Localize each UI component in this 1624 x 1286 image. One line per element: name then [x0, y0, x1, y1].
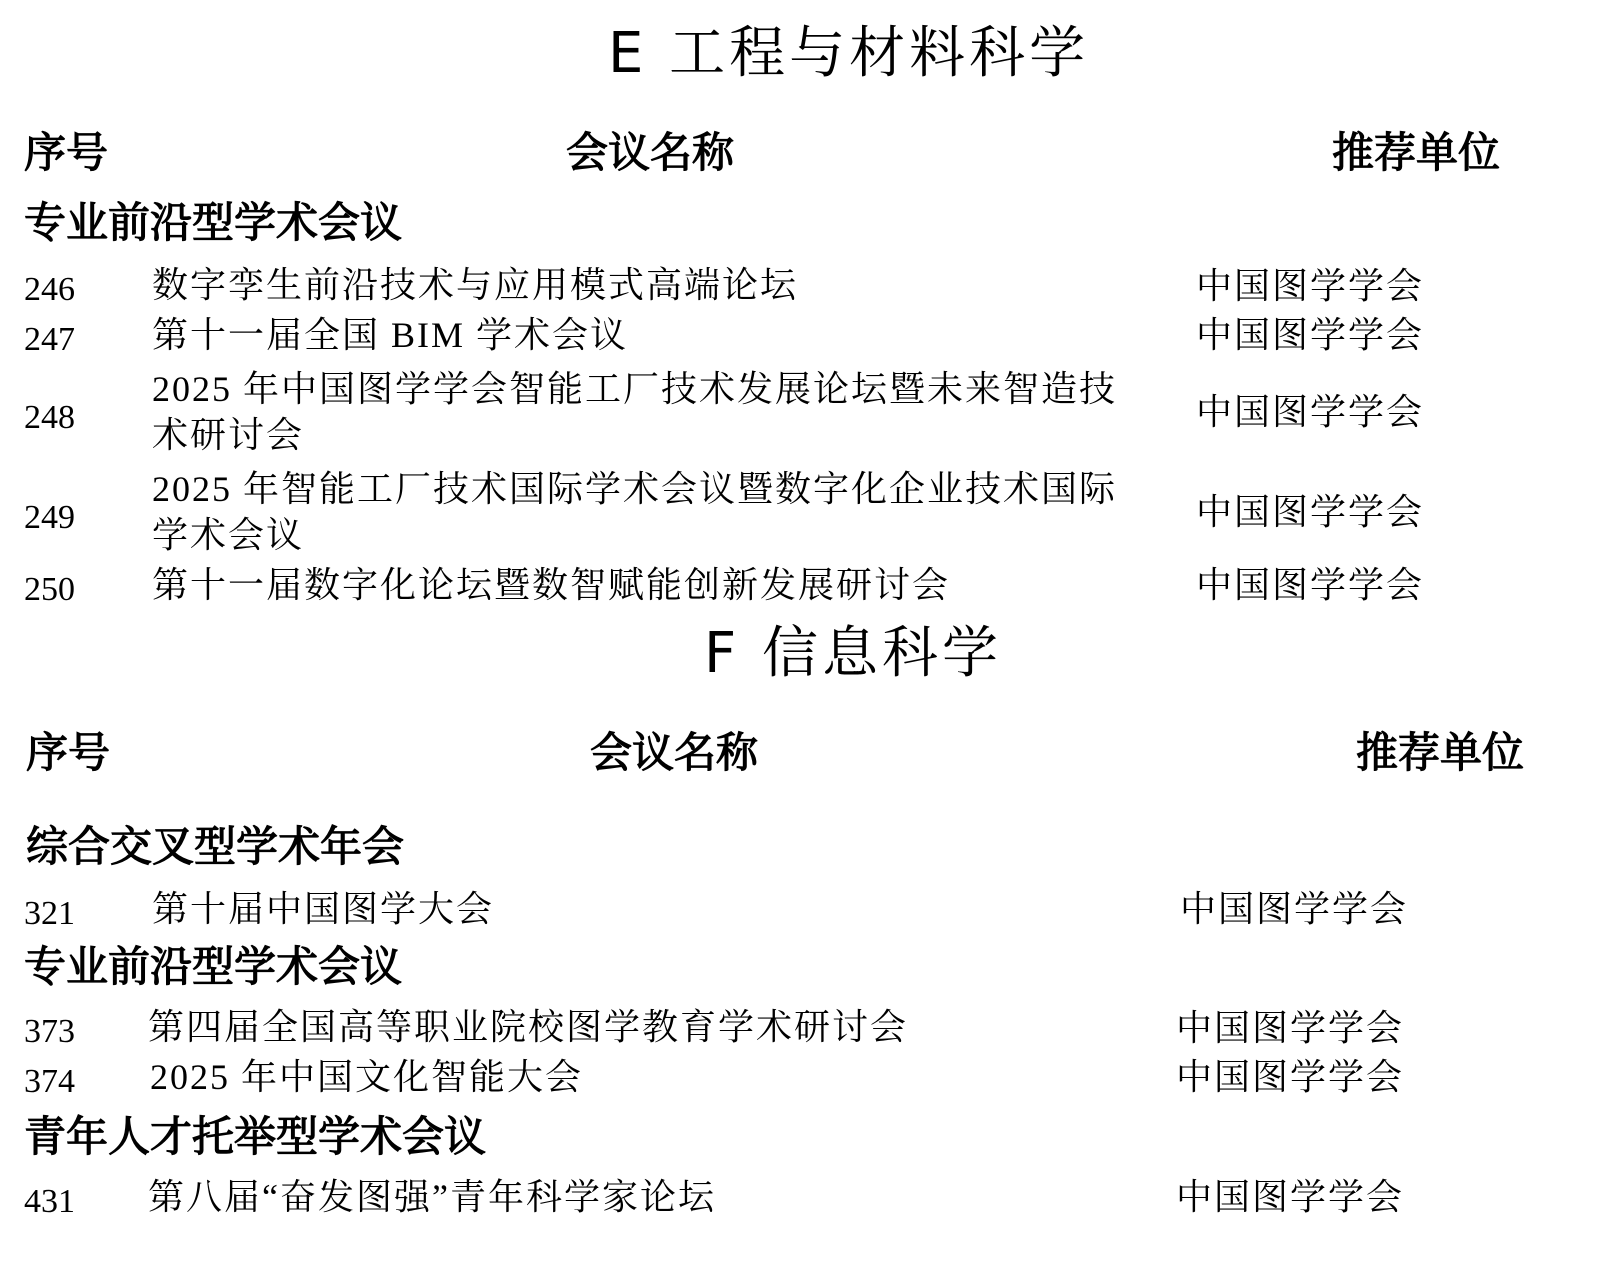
row-unit: 中国图学学会 [1176, 1006, 1404, 1050]
row-number: 373 [24, 1012, 75, 1052]
row-name: 第十一届全国 BIM 学术会议 [152, 312, 628, 358]
row-number: 250 [24, 570, 75, 610]
header-unit: 推荐单位 [1356, 728, 1524, 778]
row-unit: 中国图学学会 [1176, 1055, 1404, 1099]
row-unit: 中国图学学会 [1176, 1175, 1404, 1219]
row-name: 第四届全国高等职业院校图学教育学术研讨会 [148, 1004, 908, 1050]
row-number: 431 [24, 1182, 75, 1222]
row-name-line-1: 2025 年智能工厂技术国际学术会议暨数字化企业技术国际 [152, 466, 1117, 512]
row-name-line-2: 术研讨会 [152, 412, 304, 458]
row-unit: 中国图学学会 [1196, 490, 1424, 534]
row-unit: 中国图学学会 [1196, 264, 1424, 308]
category-heading: 青年人才托举型学术会议 [24, 1112, 486, 1162]
row-name: 2025 年中国文化智能大会 [150, 1054, 583, 1100]
row-unit: 中国图学学会 [1196, 390, 1424, 434]
category-heading: 综合交叉型学术年会 [26, 822, 404, 872]
category-heading: 专业前沿型学术会议 [24, 942, 402, 992]
row-number: 374 [24, 1062, 75, 1102]
row-number: 247 [24, 320, 75, 360]
header-number: 序号 [24, 128, 108, 178]
row-number: 248 [24, 398, 75, 438]
row-name: 第十一届数字化论坛暨数智赋能创新发展研讨会 [152, 562, 950, 608]
header-unit: 推荐单位 [1332, 128, 1500, 178]
row-name-line-1: 2025 年中国图学学会智能工厂技术发展论坛暨未来智造技 [152, 366, 1117, 412]
category-heading: 专业前沿型学术会议 [24, 198, 402, 248]
row-name: 第八届“奋发图强”青年科学家论坛 [148, 1174, 716, 1220]
section-title: E 工程与材料科学 [608, 22, 1089, 86]
row-number: 321 [24, 894, 75, 934]
header-name: 会议名称 [590, 728, 758, 778]
row-unit: 中国图学学会 [1196, 313, 1424, 357]
header-number: 序号 [26, 728, 110, 778]
row-name-line-2: 学术会议 [152, 512, 304, 558]
row-number: 249 [24, 498, 75, 538]
row-unit: 中国图学学会 [1196, 563, 1424, 607]
row-name: 数字孪生前沿技术与应用模式高端论坛 [152, 262, 798, 308]
row-unit: 中国图学学会 [1180, 887, 1408, 931]
header-name: 会议名称 [566, 128, 734, 178]
section-title: F 信息科学 [704, 622, 1002, 686]
row-name: 第十届中国图学大会 [152, 886, 494, 932]
row-number: 246 [24, 270, 75, 310]
